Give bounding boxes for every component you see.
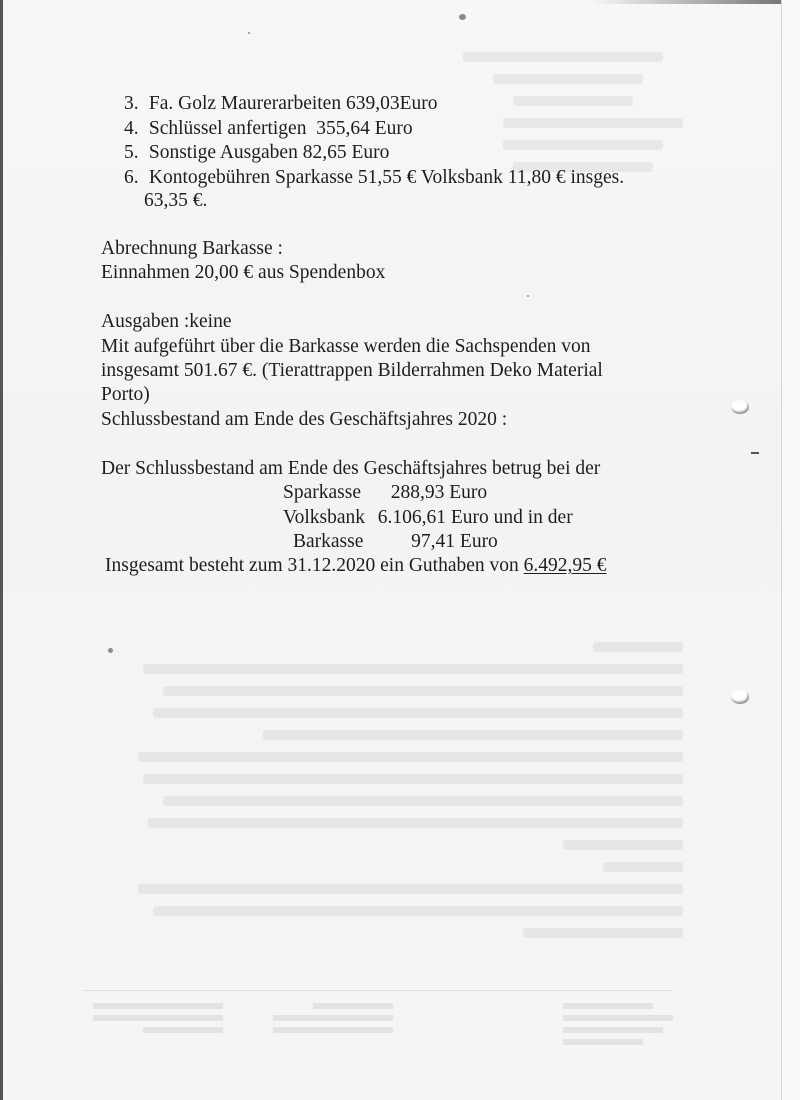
total-amount: 6.492,95 € bbox=[524, 555, 607, 576]
account-row-volksbank: Volksbank 6.106,61 Euro und in der bbox=[283, 506, 573, 530]
list-item: 5. Sonstige Ausgaben 82,65 Euro bbox=[124, 141, 389, 165]
account-amount: 6.106,61 Euro bbox=[378, 507, 489, 528]
scan-speck bbox=[248, 32, 250, 34]
list-item: 6. Kontogebühren Sparkasse 51,55 € Volks… bbox=[124, 166, 624, 190]
closing-heading: Schlussbestand am Ende des Geschäftsjahr… bbox=[101, 408, 507, 432]
list-number: 3. bbox=[124, 92, 144, 116]
list-text: Fa. Golz Maurerarbeiten 639,03Euro bbox=[149, 93, 438, 114]
list-text: Schlüssel anfertigen 355,64 Euro bbox=[149, 118, 413, 139]
barkasse-note-line: Mit aufgeführt über die Barkasse werden … bbox=[101, 335, 591, 359]
list-text: Sonstige Ausgaben 82,65 Euro bbox=[149, 142, 389, 163]
scan-speck bbox=[459, 14, 466, 20]
barkasse-heading: Abrechnung Barkasse : bbox=[101, 237, 283, 261]
punch-hole bbox=[731, 400, 749, 414]
barkasse-income: Einnahmen 20,00 € aus Spendenbox bbox=[101, 261, 385, 285]
bleed-through-header bbox=[423, 40, 723, 250]
closing-balance-intro: Der Schlussbestand am Ende des Geschäfts… bbox=[101, 457, 600, 481]
scan-right-edge bbox=[781, 0, 800, 1100]
total-line: Insgesamt besteht zum 31.12.2020 ein Gut… bbox=[105, 554, 607, 578]
account-row-barkasse: Barkasse 97,41 Euro bbox=[293, 530, 498, 554]
account-amount: 288,93 Euro bbox=[391, 482, 487, 503]
account-amount: 97,41 Euro bbox=[411, 531, 498, 552]
account-name: Sparkasse bbox=[283, 482, 361, 503]
scan-speck bbox=[108, 648, 113, 653]
account-row-sparkasse: Sparkasse 288,93 Euro bbox=[283, 481, 487, 505]
scanned-page: 3. Fa. Golz Maurerarbeiten 639,03Euro 4.… bbox=[0, 0, 785, 1100]
bleed-through-body bbox=[123, 630, 683, 970]
punch-hole bbox=[731, 690, 749, 704]
account-suffix: und in der bbox=[494, 507, 573, 528]
list-text: Kontogebühren Sparkasse 51,55 € Volksban… bbox=[149, 167, 624, 188]
total-prefix: Insgesamt besteht zum 31.12.2020 ein Gut… bbox=[105, 555, 519, 576]
scan-speck bbox=[527, 295, 529, 297]
list-item: 3. Fa. Golz Maurerarbeiten 639,03Euro bbox=[124, 92, 438, 116]
list-item-continuation: 63,35 €. bbox=[144, 189, 207, 213]
list-number: 6. bbox=[124, 166, 144, 190]
barkasse-note-line: Porto) bbox=[101, 383, 150, 407]
list-item: 4. Schlüssel anfertigen 355,64 Euro bbox=[124, 117, 413, 141]
list-number: 4. bbox=[124, 117, 144, 141]
barkasse-expenses: Ausgaben :keine bbox=[101, 310, 232, 334]
account-name: Barkasse bbox=[293, 531, 363, 552]
bleed-through-footer bbox=[83, 990, 673, 1071]
scan-edge-shadow bbox=[593, 0, 785, 4]
list-number: 5. bbox=[124, 141, 144, 165]
account-name: Volksbank bbox=[283, 507, 365, 528]
scan-mark bbox=[751, 452, 759, 454]
barkasse-note-line: insgesamt 501.67 €. (Tierattrappen Bilde… bbox=[101, 359, 603, 383]
